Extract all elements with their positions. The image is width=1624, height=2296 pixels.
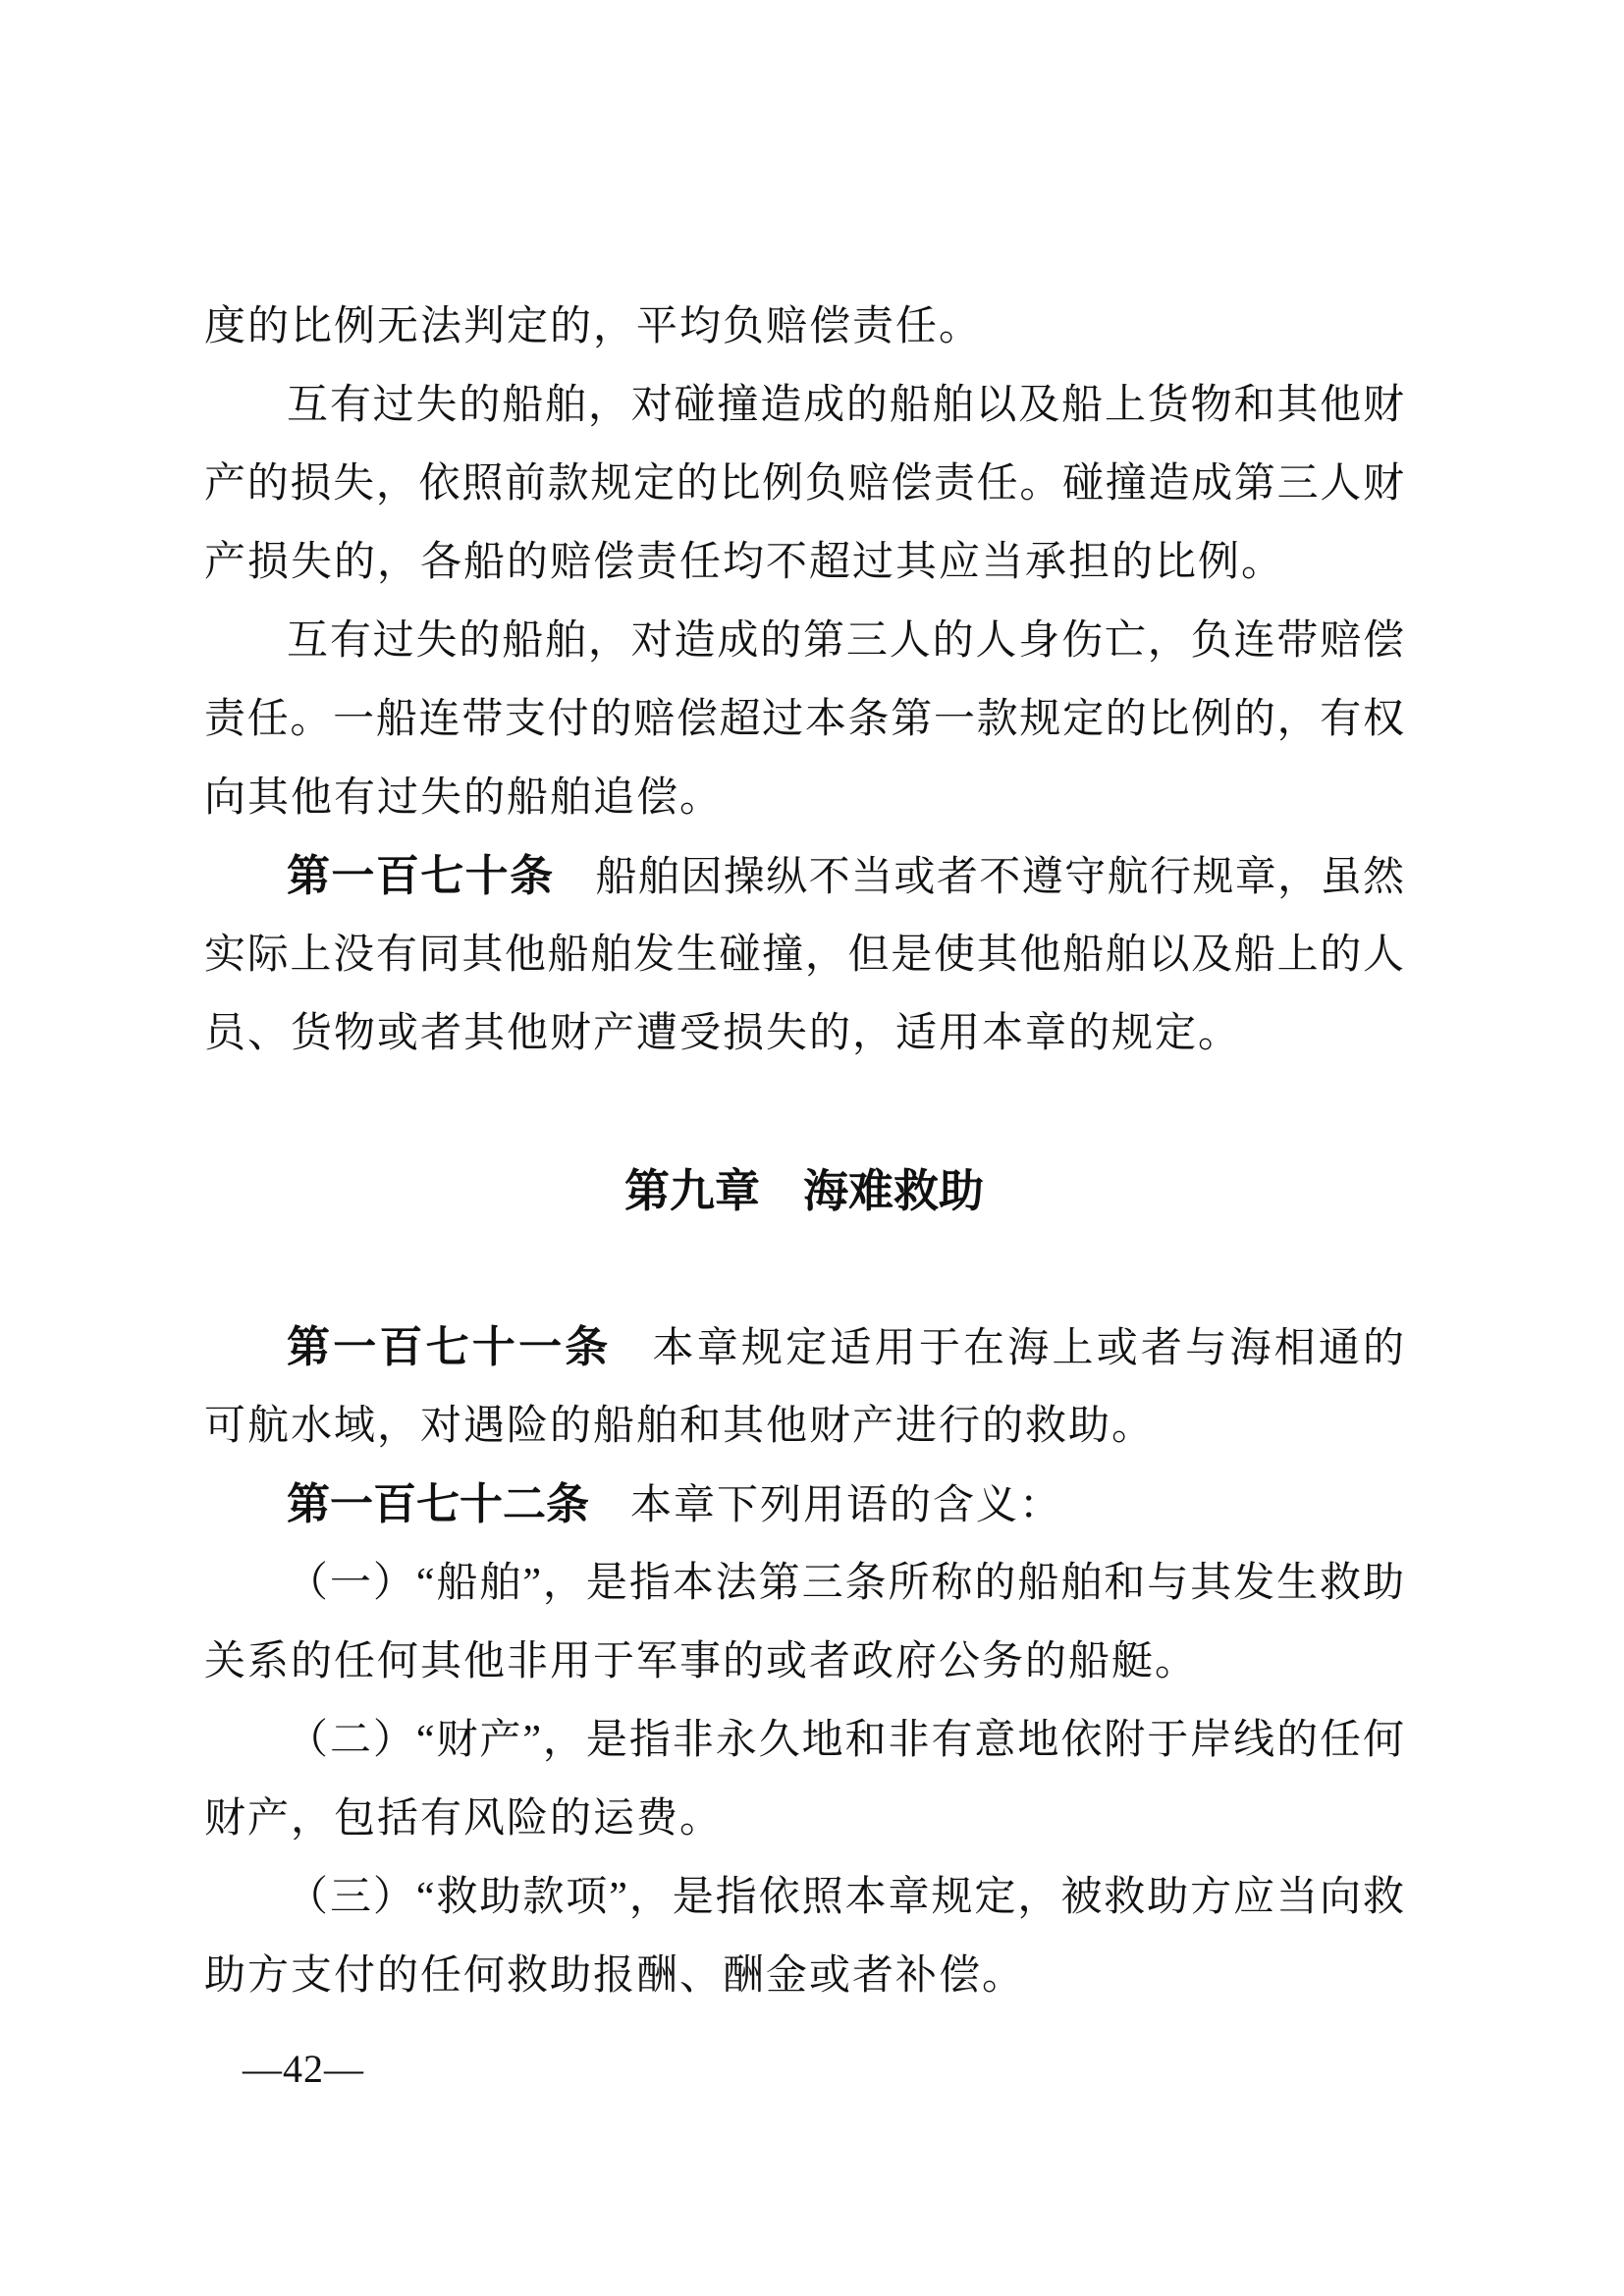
article-line: 第一百七十二条本章下列用语的含义：	[204, 1466, 1404, 1544]
definition-line: 财产，包括有风险的运费。	[204, 1780, 1404, 1858]
paragraph-line: 产损失的，各船的赔偿责任均不超过其应当承担的比例。	[204, 523, 1404, 602]
chapter-heading: 第九章海难救助	[204, 1151, 1404, 1230]
paragraph-line: 互有过失的船舶，对碰撞造成的船舶以及船上货物和其他财	[204, 366, 1404, 445]
paragraph-line: 度的比例无法判定的，平均负赔偿责任。	[204, 288, 1404, 366]
page-number: —42—	[243, 2050, 364, 2089]
definition-line: 关系的任何其他非用于军事的或者政府公务的船艇。	[204, 1623, 1404, 1701]
article-number: 第一百七十二条	[287, 1480, 589, 1528]
article-line: 第一百七十条船舶因操纵不当或者不遵守航行规章，虽然	[204, 837, 1404, 916]
document-page: { "page": { "background": "#ffffff", "te…	[0, 0, 1624, 2296]
definition-line: （二）“财产”，是指非永久地和非有意地依附于岸线的任何	[204, 1701, 1404, 1780]
paragraph-line: 向其他有过失的船舶追偿。	[204, 759, 1404, 837]
paragraph-line: 实际上没有同其他船舶发生碰撞，但是使其他船舶以及船上的人	[204, 916, 1404, 994]
definition-line: （一）“船舶”，是指本法第三条所称的船舶和与其发生救助	[204, 1544, 1404, 1623]
paragraph-line: 可航水域，对遇险的船舶和其他财产进行的救助。	[204, 1387, 1404, 1466]
article-number: 第一百七十条	[287, 852, 555, 900]
article-line: 第一百七十一条本章规定适用于在海上或者与海相通的	[204, 1308, 1404, 1387]
article-text: 船舶因操纵不当或者不遵守航行规章，虽然	[596, 855, 1405, 900]
chapter-title: 海难救助	[803, 1165, 984, 1216]
text-column: 度的比例无法判定的，平均负赔偿责任。 互有过失的船舶，对碰撞造成的船舶以及船上货…	[204, 288, 1404, 2015]
definition-line: 助方支付的任何救助报酬、酬金或者补偿。	[204, 1937, 1404, 2015]
paragraph-line: 产的损失，依照前款规定的比例负赔偿责任。碰撞造成第三人财	[204, 445, 1404, 523]
paragraph-line: 责任。一船连带支付的赔偿超过本条第一款规定的比例的，有权	[204, 680, 1404, 759]
paragraph-line: 互有过失的船舶，对造成的第三人的人身伤亡，负连带赔偿	[204, 602, 1404, 680]
chapter-number: 第九章	[624, 1165, 760, 1216]
definition-line: （三）“救助款项”，是指依照本章规定，被救助方应当向救	[204, 1858, 1404, 1937]
article-number: 第一百七十一条	[287, 1323, 612, 1371]
paragraph-line: 员、货物或者其他财产遭受损失的，适用本章的规定。	[204, 994, 1404, 1073]
article-text: 本章下列用语的含义：	[630, 1483, 1062, 1528]
article-text: 本章规定适用于在海上或者与海相通的	[653, 1326, 1404, 1371]
